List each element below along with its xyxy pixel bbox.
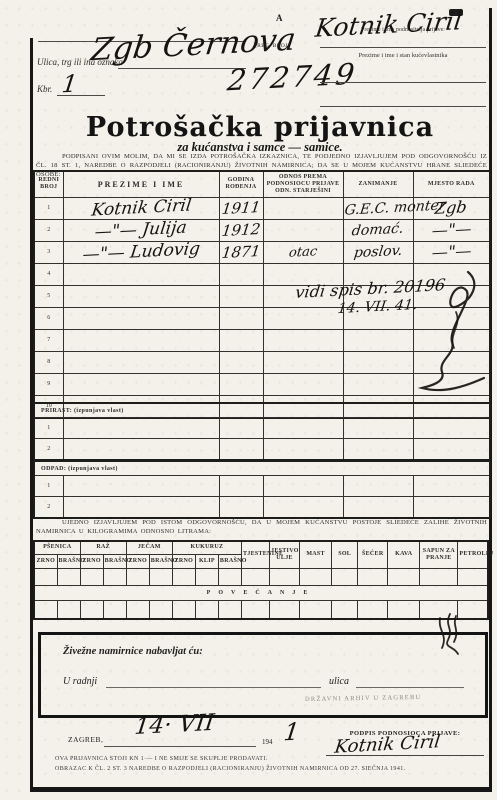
city-label: ZAGREB,	[68, 735, 103, 744]
signature-handwritten: Kotnik Ciril	[333, 733, 441, 756]
member-occupation: poslov.	[353, 244, 403, 261]
footer-note-2: OBRAZAC K ČL. 2 ST. 3 NAREDBE O RAZPODJE…	[55, 766, 406, 772]
ulica-label: ulica	[329, 676, 349, 687]
official-note-date-handwritten: 14. VII. 41.	[337, 298, 418, 316]
sub-col: BRAŠNO	[57, 554, 80, 568]
year-prefix: 194	[262, 738, 273, 746]
date-handwritten: 14· VII	[133, 712, 215, 739]
member-occupation: domać.	[351, 222, 404, 239]
odpad-label: ODPAD: (izpunjava vlast)	[34, 461, 490, 476]
sub-col: KLIP	[195, 554, 218, 568]
prirast-table: PRIRAST: (izpunjava vlast) 1 2	[33, 402, 491, 461]
row-num: 1	[34, 476, 63, 497]
row-num: 2	[34, 497, 63, 518]
footer-note-1: OVA PRIJAVNICA STOJI KN 1·— I NE SMIJE S…	[55, 756, 268, 762]
row-num: 2	[34, 439, 63, 460]
col-header-mjesto: MJESTO RADA	[413, 171, 490, 197]
supplies-entry-row	[34, 568, 488, 585]
prirast-label: PRIRAST: (izpunjava vlast)	[34, 403, 490, 418]
row-num: 9	[34, 373, 63, 395]
houseowner-line-2	[320, 106, 486, 107]
povecanje-row: POVEĆANJE	[34, 585, 488, 600]
row-num: 6	[34, 307, 63, 329]
form-title: Potrošačka prijavnica	[33, 112, 487, 143]
col-sapun: SAPUN ZA PRANJE	[420, 541, 458, 568]
houseowner-caption: Prezime i ime i stan kućevlastnika	[320, 52, 486, 59]
member-name: Kotnik Ciril	[90, 197, 192, 219]
col-petrolej: PETROLEJ	[458, 541, 488, 568]
reg-number-handwritten: 272749	[226, 60, 359, 96]
scanned-form-page: Ulica, trg ili ina oznaka Zgb Černova Kb…	[0, 0, 497, 800]
member-year: 1911	[221, 200, 261, 217]
row-num: 7	[34, 329, 63, 351]
odpad-table: ODPAD: (izpunjava vlast) 1 2	[33, 460, 491, 519]
member-year: 1912	[221, 222, 261, 239]
odpad-label-row: ODPAD: (izpunjava vlast)	[34, 461, 490, 476]
row-num: 1	[34, 197, 63, 219]
sub-col: BRAŠNO	[218, 554, 241, 568]
table-row: 2	[34, 439, 490, 460]
member-workplace: —"—	[430, 221, 472, 239]
purchase-intro: Živežne namirnice nabavljat ću:	[63, 646, 203, 657]
col-jestivo-ulje: JESTIVO ULJE	[270, 541, 300, 568]
sub-col: ZRNO	[172, 554, 195, 568]
col-header-rednibroj: REDNI BROJ	[34, 171, 63, 197]
table-row: 2 —"— Julija 1912 domać. —"—	[34, 219, 490, 241]
row-num: 5	[34, 285, 63, 307]
table-row: 2	[34, 497, 490, 518]
applicant-handwritten-name: Kotnik Ciril	[314, 8, 464, 41]
member-name: —"— Julija	[94, 219, 188, 241]
povecanje-label: POVEĆANJE	[34, 585, 488, 600]
shop-label: U radnji	[63, 676, 97, 687]
row-num: 4	[34, 263, 63, 285]
member-year: 1871	[221, 244, 261, 261]
row-num: 1	[34, 418, 63, 439]
col-group-psenica: PŠENICA	[34, 541, 80, 554]
table-row: 1	[34, 418, 490, 439]
prirast-label-row: PRIRAST: (izpunjava vlast)	[34, 403, 490, 418]
archive-stamp: DRŽAVNI ARHIV U ZAGREBU	[305, 694, 421, 703]
sub-col: BRAŠNO	[103, 554, 126, 568]
shop-line	[106, 687, 321, 688]
col-header-zanimanje: ZANIMANJE	[343, 171, 413, 197]
scan-frame-bottom	[30, 787, 492, 792]
member-workplace: —"—	[430, 243, 472, 261]
table-row: 1	[34, 476, 490, 497]
table-row: 3 —"— Ludovig 1871 otac poslov. —"—	[34, 241, 490, 263]
col-mast: MAST	[300, 541, 332, 568]
sub-col: ZRNO	[34, 554, 57, 568]
row-num: 2	[34, 219, 63, 241]
col-group-jecam: JEČAM	[126, 541, 172, 554]
col-header-prezime: PREZIME I IME	[63, 171, 219, 197]
member-relation: otac	[288, 245, 318, 259]
date-line	[104, 746, 256, 747]
col-header-godina: GODINA ROĐENJA	[219, 171, 263, 197]
row-num: 8	[34, 351, 63, 373]
col-kava: KAVA	[388, 541, 420, 568]
kbr-label: Kbr.	[37, 84, 52, 94]
members-header-row: REDNI BROJ PREZIME I IME GODINA ROĐENJA …	[34, 171, 490, 197]
col-sol: SOL	[332, 541, 358, 568]
signature-scribble	[420, 608, 472, 660]
sub-col: ZRNO	[126, 554, 149, 568]
supplies-intro-paragraph: UJEDNO IZJAVLJUJEM POD ISTOM ODGOVORNOŠĆ…	[36, 518, 487, 536]
kbr-handwritten-value: 1	[60, 72, 78, 97]
col-secer: ŠEĆER	[358, 541, 388, 568]
reg-number-label: (REG. BROJ)	[255, 43, 290, 49]
col-group-kukuruz: KUKURUZ	[172, 541, 241, 554]
applicant-line	[320, 47, 486, 48]
supplies-group-header-row: PŠENICA RAŽ JEČAM KUKURUZ TJESTENINE JES…	[34, 541, 488, 554]
signature-scribble	[408, 268, 486, 396]
row-num: 3	[34, 241, 63, 263]
member-workplace: Zgb	[434, 199, 468, 217]
sub-col: ZRNO	[80, 554, 103, 568]
member-name: —"— Ludovig	[81, 240, 201, 263]
houseowner-line-1	[320, 82, 486, 83]
sub-col: BRAŠNO	[149, 554, 172, 568]
table-row: 1 Kotnik Ciril 1911 G.E.C. monter Zgb	[34, 197, 490, 219]
reg-letter: A	[276, 13, 283, 23]
col-group-raz: RAŽ	[80, 541, 126, 554]
street-line	[118, 68, 246, 69]
year-handwritten: 1	[282, 720, 300, 745]
col-header-odnos: ODNOS PREMA PODNOSIOCU PRIJAVE ODN. STAR…	[263, 171, 343, 197]
ulica-line	[356, 687, 464, 688]
